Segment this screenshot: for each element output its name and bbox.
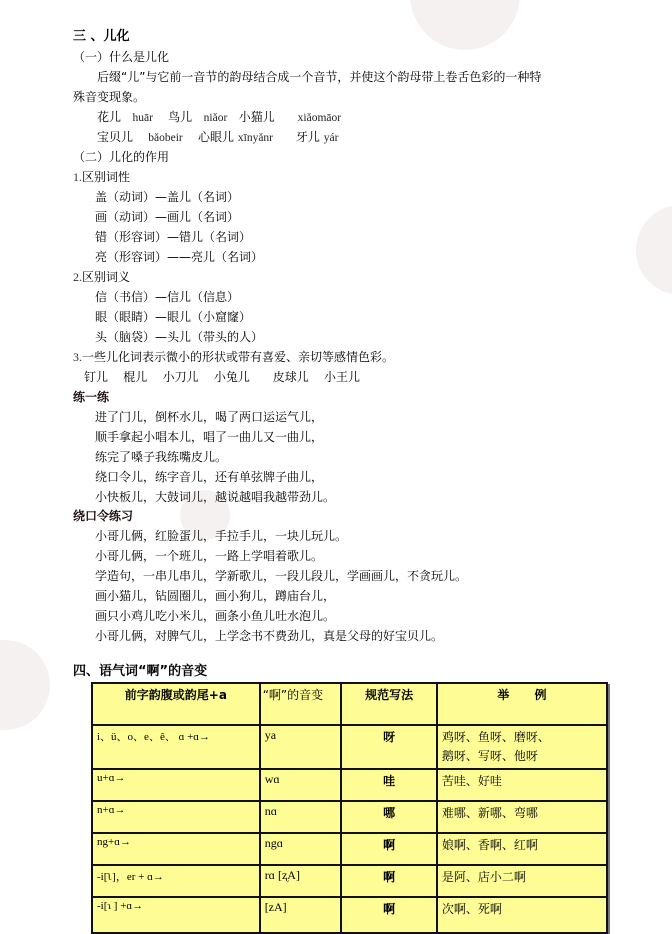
cell-examples: 是阿、店小二啊	[437, 865, 607, 897]
examples-row-1: 花儿 huār 鸟儿 niǎor 小猫儿 xiǎomāor	[97, 109, 341, 126]
point-2-title: 2.区别词义	[73, 269, 130, 285]
practice-title: 练一练	[73, 389, 109, 405]
word: 小王儿	[324, 370, 360, 384]
definition-line-2: 殊音变现象。	[73, 89, 145, 105]
list-item: 画（动词）—画儿（名词）	[95, 209, 239, 225]
cell-written: 啊	[341, 833, 436, 865]
table-header-row: 前字韵腹或韵尾+a “啊”的音变 规范写法 举 例	[92, 683, 607, 725]
cell-change: ngɑ	[260, 833, 342, 865]
point-number: 1.	[73, 170, 82, 184]
list-item: 错（形容词）—错儿（名词）	[95, 229, 251, 245]
cell-final: i、ü、o、e、ê、 ɑ +ɑ→	[92, 725, 260, 769]
twister-line: 画只小鸡儿吃小米儿，画条小鱼儿吐水泡儿。	[95, 608, 335, 624]
table-row: ng+ɑ→ ngɑ 啊 娘啊、香啊、红啊	[92, 833, 607, 865]
twister-line: 画小猫儿，钻圆圈儿，画小狗儿，蹲庙台儿，	[95, 588, 335, 604]
cell-written: 啊	[341, 897, 436, 933]
watermark-shape	[410, 0, 520, 50]
table-row: -i[ʅ]，er + ɑ→ rɑ [ʐA] 啊 是阿、店小二啊	[92, 865, 607, 897]
cell-written: 呀	[341, 725, 436, 769]
twister-line: 小哥儿俩，红脸蛋儿，手拉手儿，一块儿玩儿。	[95, 528, 347, 544]
twister-line: 小哥儿俩，对脾气儿，上学念书不费劲儿，真是父母的好宝贝儿。	[95, 628, 443, 644]
table-row: -i[ɿ ] +ɑ→ [zA] 啊 次啊、死啊	[92, 897, 607, 933]
practice-line: 小快板儿，大鼓词儿，越说越唱我越带劲儿。	[95, 489, 335, 505]
example-word: 小猫儿	[239, 110, 275, 124]
word: 小刀儿	[163, 370, 199, 384]
word: 皮球儿	[273, 370, 309, 384]
cell-change: wɑ	[260, 769, 342, 801]
header-change: “啊”的音变	[260, 683, 342, 725]
practice-line: 练完了嗓子我练嘴皮儿。	[95, 449, 227, 465]
header-written: 规范写法	[341, 683, 436, 725]
point-number: 2.	[73, 270, 82, 284]
table-row: i、ü、o、e、ê、 ɑ +ɑ→ ya 呀 鸡呀、鱼呀、磨呀、鹅呀、写呀、他呀	[92, 725, 607, 769]
twister-line: 小哥儿俩，一个班儿，一路上学唱着歌儿。	[95, 548, 323, 564]
cell-examples: 鸡呀、鱼呀、磨呀、鹅呀、写呀、他呀	[437, 725, 607, 769]
sub1-title: （一）什么是儿化	[73, 49, 169, 65]
definition-line-1: 后缀“儿”与它前一音节的韵母结合成一个音节，并使这个韵母带上卷舌色彩的一种特	[97, 69, 541, 85]
cell-examples: 次啊、死啊	[437, 897, 607, 933]
cell-written: 哇	[341, 769, 436, 801]
cell-change: [zA]	[260, 897, 342, 933]
word: 小兔儿	[214, 370, 250, 384]
cell-examples: 苦哇、好哇	[437, 769, 607, 801]
cell-final: ng+ɑ→	[92, 833, 260, 865]
point-label: 区别词义	[82, 270, 130, 284]
point-label: 一些儿化词表示微小的形状或带有喜爱、亲切等感情色彩。	[82, 350, 394, 364]
cell-written: 哪	[341, 801, 436, 833]
watermark-shape	[636, 205, 672, 295]
point-number: 3.	[73, 350, 82, 364]
word: 钉儿	[84, 370, 108, 384]
cell-final: n+ɑ→	[92, 801, 260, 833]
example-word: 鸟儿	[168, 110, 192, 124]
point-3-title: 3.一些儿化词表示微小的形状或带有喜爱、亲切等感情色彩。	[73, 349, 394, 365]
example-word: 花儿	[97, 110, 121, 124]
point-1-title: 1.区别词性	[73, 169, 130, 185]
table-row: n+ɑ→ nɑ 哪 难哪、新哪、弯哪	[92, 801, 607, 833]
table-row: u+ɑ→ wɑ 哇 苦哇、好哇	[92, 769, 607, 801]
cell-change: ya	[260, 725, 342, 769]
cell-change: nɑ	[260, 801, 342, 833]
practice-line: 顺手拿起小唱本儿，唱了一曲儿又一曲儿，	[95, 429, 323, 445]
header-examples: 举 例	[437, 683, 607, 725]
cell-examples: 娘啊、香啊、红啊	[437, 833, 607, 865]
header-final: 前字韵腹或韵尾+a	[92, 683, 260, 725]
tongue-twister-title: 绕口令练习	[73, 508, 133, 524]
cell-written: 啊	[341, 865, 436, 897]
list-item: 眼（眼睛）—眼儿（小窟窿）	[95, 309, 251, 325]
practice-line: 绕口令儿，练字音儿，还有单弦牌子曲儿，	[95, 469, 323, 485]
section-3-title: 三 、儿化	[73, 29, 130, 45]
example-pinyin: bǎobeir	[148, 132, 182, 144]
cell-examples: 难哪、新哪、弯哪	[437, 801, 607, 833]
example-pinyin: xiǎomāor	[298, 112, 341, 124]
point-label: 区别词性	[82, 170, 130, 184]
cell-final: u+ɑ→	[92, 769, 260, 801]
example-word: 心眼儿	[198, 130, 234, 144]
list-item: 盖（动词）—盖儿（名词）	[95, 189, 239, 205]
list-item: 信（书信）—信儿（信息）	[95, 289, 239, 305]
cell-final: -i[ʅ]，er + ɑ→	[92, 865, 260, 897]
example-word: 牙儿	[296, 130, 320, 144]
example-pinyin: yár	[324, 132, 339, 144]
twister-line: 学造句，一串儿串儿，学新歌儿，一段儿段儿，学画画儿，不贪玩儿。	[95, 568, 467, 584]
a-variation-table: 前字韵腹或韵尾+a “啊”的音变 规范写法 举 例 i、ü、o、e、ê、 ɑ +…	[91, 682, 608, 934]
word: 棍儿	[123, 370, 147, 384]
examples-row-2: 宝贝儿 bǎobeir 心眼儿 xīnyǎnr 牙儿 yár	[97, 129, 338, 146]
examples-line: 鹅呀、写呀、他呀	[442, 747, 602, 766]
example-word: 宝贝儿	[97, 130, 133, 144]
cell-change: rɑ [ʐA]	[260, 865, 342, 897]
list-item: 头（脑袋）—头儿（带头的人）	[95, 329, 263, 345]
watermark-shape	[0, 640, 50, 730]
list-item: 亮（形容词）——亮儿（名词）	[95, 249, 263, 265]
section-4-title: 四、语气词“啊”的音变	[73, 664, 207, 680]
example-pinyin: niǎor	[204, 112, 228, 124]
practice-line: 进了门儿，倒杯水儿，喝了两口运运气儿，	[95, 409, 323, 425]
diminutive-words: 钉儿 棍儿 小刀儿 小兔儿 皮球儿 小王儿	[84, 369, 360, 385]
examples-line: 鸡呀、鱼呀、磨呀、	[442, 728, 602, 747]
example-pinyin: huār	[132, 112, 152, 124]
cell-final: -i[ɿ ] +ɑ→	[92, 897, 260, 933]
sub2-title: （二）儿化的作用	[73, 149, 169, 165]
example-pinyin: xīnyǎnr	[238, 132, 273, 144]
